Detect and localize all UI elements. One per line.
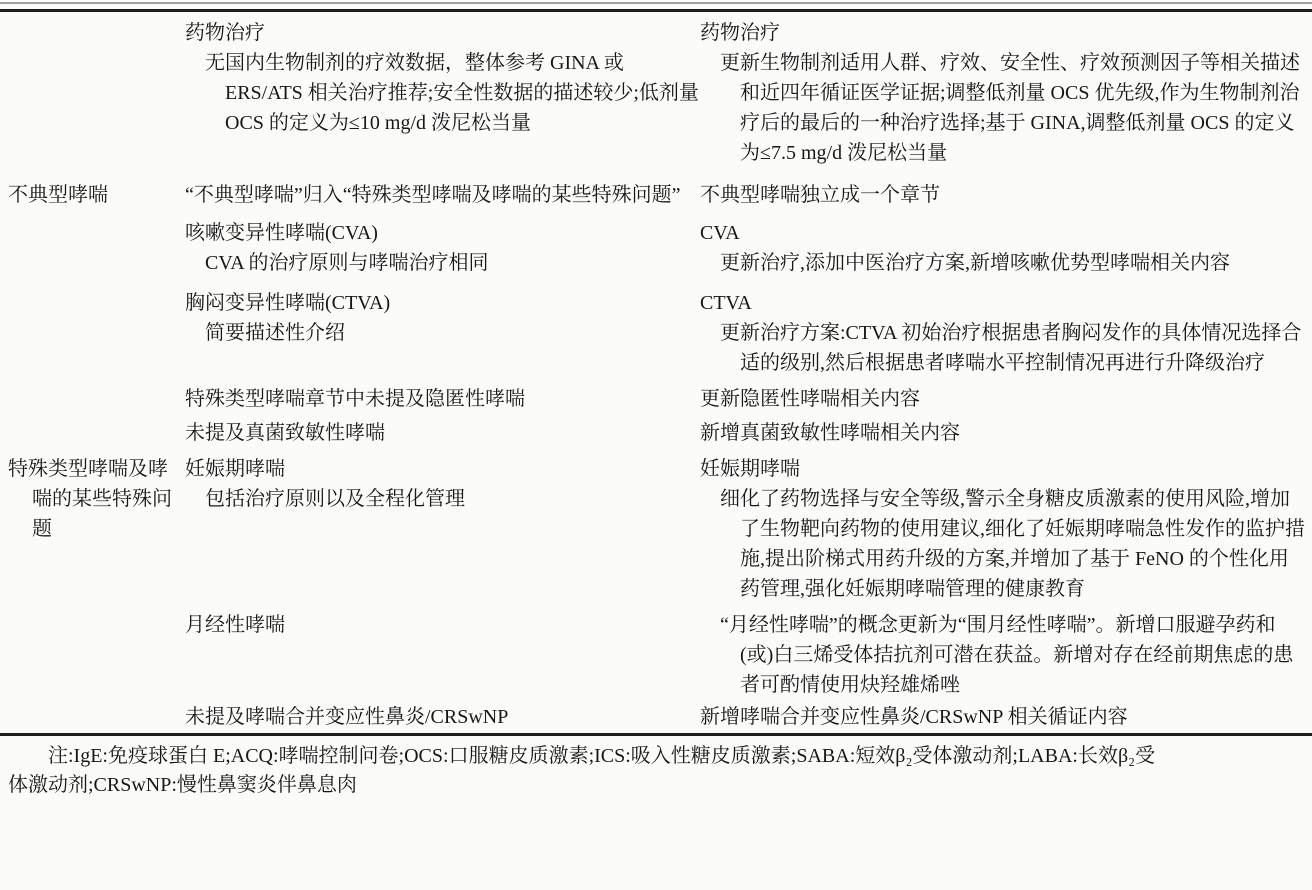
table-row: 药物治疗 无国内生物制剂的疗效数据，整体参考 GINA 或 ERS/ATS 相关…	[8, 18, 1305, 168]
detail-text: 未提及哮喘合并变应性鼻炎/CRSwNP	[185, 702, 700, 732]
detail-text: “不典型哮喘”归入“特殊类型哮喘及哮喘的某些特殊问题”	[185, 180, 700, 210]
category-cell	[8, 418, 185, 448]
new-version-cell: 更新隐匿性哮喘相关内容	[700, 384, 1305, 414]
category-cell	[8, 218, 185, 278]
new-version-cell: 药物治疗 更新生物制剂适用人群、疗效、安全性、疗效预测因子等相关描述和近四年循证…	[700, 18, 1305, 168]
scanned-table-page: 药物治疗 无国内生物制剂的疗效数据，整体参考 GINA 或 ERS/ATS 相关…	[0, 2, 1312, 890]
new-version-cell: 妊娠期哮喘 细化了药物选择与安全等级,警示全身糖皮质激素的使用风险,增加了生物靶…	[700, 454, 1305, 604]
new-version-cell: CTVA 更新治疗方案:CTVA 初始治疗根据患者胸闷发作的具体情况选择合适的级…	[700, 288, 1305, 378]
table-row: 月经性哮喘 “月经性哮喘”的概念更新为“围月经性哮喘”。新增口服避孕药和(或)白…	[8, 610, 1305, 700]
category-cell	[8, 702, 185, 732]
table-footnote: 注:IgE:免疫球蛋白 E;ACQ:哮喘控制问卷;OCS:口服糖皮质激素;ICS…	[0, 742, 1312, 800]
category-cell	[8, 610, 185, 700]
table-row: 特殊类型哮喘及哮喘的某些特殊问题 妊娠期哮喘 包括治疗原则以及全程化管理 妊娠期…	[8, 454, 1305, 604]
detail-text: 包括治疗原则以及全程化管理	[185, 484, 700, 514]
old-version-cell: 胸闷变异性哮喘(CTVA) 简要描述性介绍	[185, 288, 700, 378]
new-version-cell: CVA 更新治疗,添加中医治疗方案,新增咳嗽优势型哮喘相关内容	[700, 218, 1305, 278]
footnote-line: 体激动剂;CRSwNP:慢性鼻窦炎伴鼻息肉	[8, 771, 1306, 800]
old-version-cell: 月经性哮喘	[185, 610, 700, 700]
new-version-cell: 新增真菌致敏性哮喘相关内容	[700, 418, 1305, 448]
category-cell: 不典型哮喘	[8, 180, 185, 210]
table-row: 咳嗽变异性哮喘(CVA) CVA 的治疗原则与哮喘治疗相同 CVA 更新治疗,添…	[8, 218, 1305, 278]
new-version-cell: 不典型哮喘独立成一个章节	[700, 180, 1305, 210]
new-version-cell: “月经性哮喘”的概念更新为“围月经性哮喘”。新增口服避孕药和(或)白三烯受体拮抗…	[700, 610, 1305, 700]
detail-text: 更新治疗方案:CTVA 初始治疗根据患者胸闷发作的具体情况选择合适的级别,然后根…	[700, 318, 1305, 378]
old-version-cell: 妊娠期哮喘 包括治疗原则以及全程化管理	[185, 454, 700, 604]
old-version-cell: 咳嗽变异性哮喘(CVA) CVA 的治疗原则与哮喘治疗相同	[185, 218, 700, 278]
detail-text: 简要描述性介绍	[185, 318, 700, 348]
category-label: 特殊类型哮喘及哮喘的某些特殊问题	[8, 454, 185, 544]
detail-text: 新增哮喘合并变应性鼻炎/CRSwNP 相关循证内容	[700, 702, 1305, 732]
detail-text: 无国内生物制剂的疗效数据，整体参考 GINA 或 ERS/ATS 相关治疗推荐;…	[185, 48, 700, 138]
detail-text: 细化了药物选择与安全等级,警示全身糖皮质激素的使用风险,增加了生物靶向药物的使用…	[700, 484, 1305, 604]
detail-text: 更新生物制剂适用人群、疗效、安全性、疗效预测因子等相关描述和近四年循证医学证据;…	[700, 48, 1305, 168]
detail-text: 未提及真菌致敏性哮喘	[185, 418, 700, 448]
topic-heading: CVA	[700, 218, 1305, 248]
category-cell	[8, 18, 185, 168]
category-label: 不典型哮喘	[8, 180, 185, 210]
category-cell: 特殊类型哮喘及哮喘的某些特殊问题	[8, 454, 185, 604]
old-version-cell: “不典型哮喘”归入“特殊类型哮喘及哮喘的某些特殊问题”	[185, 180, 700, 210]
detail-text: “月经性哮喘”的概念更新为“围月经性哮喘”。新增口服避孕药和(或)白三烯受体拮抗…	[700, 610, 1305, 700]
old-version-cell: 特殊类型哮喘章节中未提及隐匿性哮喘	[185, 384, 700, 414]
table-top-border-thin	[0, 2, 1312, 4]
detail-text: 不典型哮喘独立成一个章节	[700, 180, 1305, 210]
table-row: 未提及真菌致敏性哮喘 新增真菌致敏性哮喘相关内容	[8, 418, 1305, 448]
detail-text: 新增真菌致敏性哮喘相关内容	[700, 418, 1305, 448]
topic-heading: 药物治疗	[185, 18, 700, 48]
detail-text: 月经性哮喘	[185, 610, 700, 640]
category-cell	[8, 384, 185, 414]
detail-text: CVA 的治疗原则与哮喘治疗相同	[185, 248, 700, 278]
topic-heading: 胸闷变异性哮喘(CTVA)	[185, 288, 700, 318]
detail-text: 更新治疗,添加中医治疗方案,新增咳嗽优势型哮喘相关内容	[700, 248, 1305, 278]
old-version-cell: 未提及真菌致敏性哮喘	[185, 418, 700, 448]
topic-heading: 药物治疗	[700, 18, 1305, 48]
table-row: 不典型哮喘 “不典型哮喘”归入“特殊类型哮喘及哮喘的某些特殊问题” 不典型哮喘独…	[8, 180, 1305, 210]
comparison-table: 药物治疗 无国内生物制剂的疗效数据，整体参考 GINA 或 ERS/ATS 相关…	[0, 12, 1312, 732]
detail-text: 更新隐匿性哮喘相关内容	[700, 384, 1305, 414]
detail-text: 特殊类型哮喘章节中未提及隐匿性哮喘	[185, 384, 700, 414]
table-row: 未提及哮喘合并变应性鼻炎/CRSwNP 新增哮喘合并变应性鼻炎/CRSwNP 相…	[8, 702, 1305, 732]
old-version-cell: 药物治疗 无国内生物制剂的疗效数据，整体参考 GINA 或 ERS/ATS 相关…	[185, 18, 700, 168]
new-version-cell: 新增哮喘合并变应性鼻炎/CRSwNP 相关循证内容	[700, 702, 1305, 732]
table-bottom-border	[0, 733, 1312, 736]
topic-heading: 妊娠期哮喘	[700, 454, 1305, 484]
table-row: 胸闷变异性哮喘(CTVA) 简要描述性介绍 CTVA 更新治疗方案:CTVA 初…	[8, 288, 1305, 378]
table-row: 特殊类型哮喘章节中未提及隐匿性哮喘 更新隐匿性哮喘相关内容	[8, 384, 1305, 414]
topic-heading: CTVA	[700, 288, 1305, 318]
topic-heading: 妊娠期哮喘	[185, 454, 700, 484]
topic-heading: 咳嗽变异性哮喘(CVA)	[185, 218, 700, 248]
footnote-line: 注:IgE:免疫球蛋白 E;ACQ:哮喘控制问卷;OCS:口服糖皮质激素;ICS…	[8, 742, 1306, 771]
old-version-cell: 未提及哮喘合并变应性鼻炎/CRSwNP	[185, 702, 700, 732]
category-cell	[8, 288, 185, 378]
